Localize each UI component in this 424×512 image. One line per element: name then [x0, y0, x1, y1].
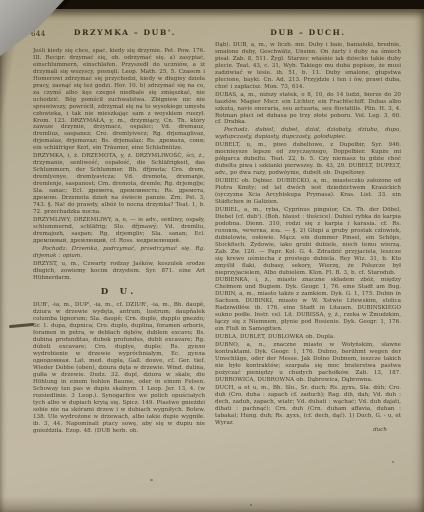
- dictionary-paragraph: DUCH, a et u, m., Bh. Slo., Sr. duch; Rs…: [215, 385, 401, 427]
- bottom-edge-shadow: [0, 496, 424, 512]
- binding-shadow: [0, 9, 26, 512]
- catchword: duch: [215, 427, 401, 434]
- ink-speck: [250, 504, 252, 506]
- dictionary-paragraph: DUBNO, a, n., znaczne miasto w Wołyńskim…: [215, 342, 401, 384]
- running-head-row: 644 DRZYMKA – DUB'. DUB – DUCH.: [0, 28, 424, 41]
- dictionary-paragraph: DRZYMLIWY, DRZEMLIWY, a, e, — ie adv., s…: [33, 217, 205, 245]
- ink-speck: [150, 479, 153, 481]
- derivatives-paragraph: Pochodz. Drzemka, podrzymać, przedrzymać…: [33, 246, 205, 260]
- dictionary-paragraph: DUBIEC ob. Dębiec. DUBIECKO, a, m., mias…: [215, 178, 401, 206]
- paper: 644 DRZYMKA – DUB'. DUB – DUCH. Jeśli ki…: [0, 9, 424, 512]
- right-column: Dąb). DUB, a, m., w liczb. mn. Duby i ba…: [215, 42, 401, 498]
- dictionary-paragraph: DUBLA, DUBLET, DUBLOWKA ob. Dupla.: [215, 334, 401, 341]
- margin-pen-mark: [9, 323, 34, 328]
- left-column: Jeśli kiedy się chce, spać, kiedy się dr…: [33, 48, 205, 494]
- dictionary-paragraph: Jeśli kiedy się chce, spać, kiedy się dr…: [33, 48, 205, 152]
- book-page-scan: 644 DRZYMKA – DUB'. DUB – DUCH. Jeśli ki…: [0, 0, 424, 512]
- dictionary-paragraph: DRZYST, u, m., Czwarty rodzay Jaśków, ko…: [33, 261, 205, 282]
- running-head-right: DUB – DUCH.: [238, 28, 378, 37]
- dictionary-paragraph: DRZYMKA, i, ż. DRZEMOTA, y, ż. DRZYMLIWO…: [33, 153, 205, 216]
- derivatives-paragraph: Pochodz. dubiel, dubet, dział, dziobaty,…: [215, 127, 401, 141]
- ink-speck: [392, 461, 394, 463]
- running-head-left: DRZYMKA – DUB'.: [60, 28, 190, 37]
- dictionary-paragraph: DUBIENKA, i, ż., miasto znaczne składem …: [215, 277, 401, 333]
- dictionary-paragraph: DUBELT, u, m., piwo dubeltowe, z Dupelbi…: [215, 142, 401, 177]
- dictionary-paragraph: DUBAS, a, m., niższy statek, o 8, 10, do…: [215, 92, 401, 127]
- dictionary-paragraph: DUB', -ia, m., DUP', -ia, m., cf. DZIUR'…: [33, 302, 205, 434]
- dictionary-paragraph: Dąb). DUB, a, m., w liczb. mn. Duby i ba…: [215, 42, 401, 91]
- section-heading: D U.: [33, 289, 205, 296]
- dictionary-paragraph: DUBIEL, a, m., ryba, Cyprinus pinguior, …: [215, 207, 401, 277]
